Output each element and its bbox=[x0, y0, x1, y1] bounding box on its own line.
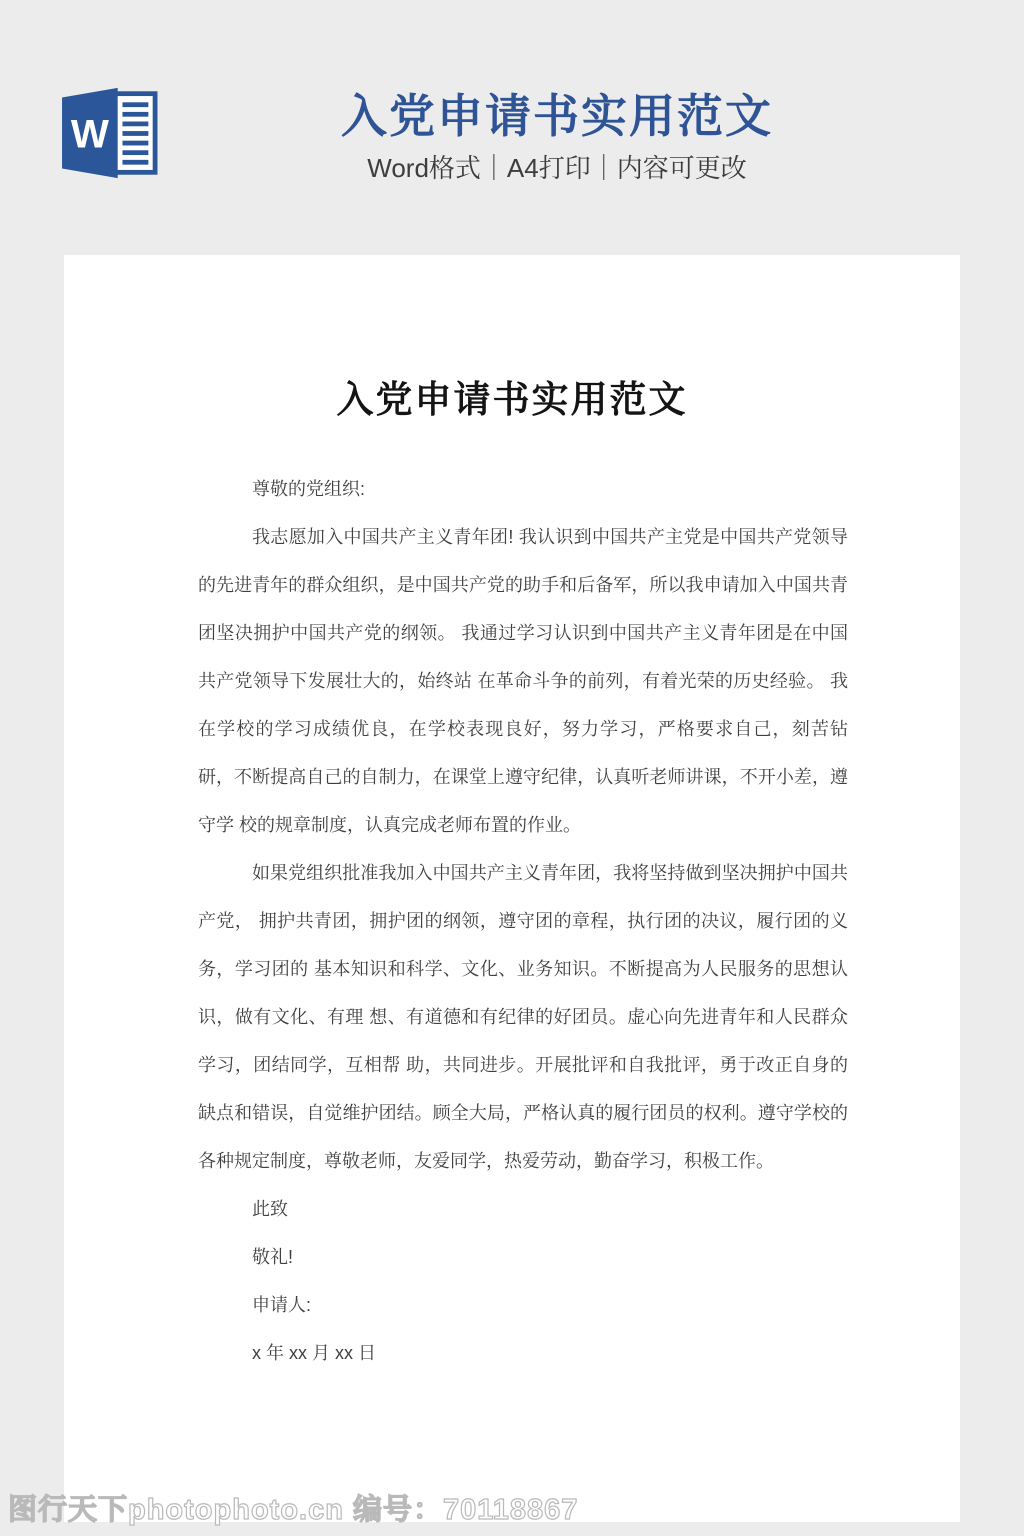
header-text-block: 入党申请书实用范文 Word格式｜A4打印｜内容可更改 bbox=[341, 90, 773, 184]
template-subtitle: Word格式｜A4打印｜内容可更改 bbox=[341, 152, 773, 184]
salutation-line: 尊敬的党组织: bbox=[198, 465, 848, 513]
template-title: 入党申请书实用范文 bbox=[341, 90, 773, 142]
body-paragraph: 如果党组织批准我加入中国共产主义青年团，我将坚持做到坚决拥护中国共产党， 拥护共… bbox=[198, 849, 848, 1185]
document-title: 入党申请书实用范文 bbox=[64, 377, 960, 425]
page-background: W 入党申请书实用范文 Word格式｜A4打印｜内容可更改 入党申请书实用范文 … bbox=[0, 0, 1024, 1536]
word-document-icon: W bbox=[62, 86, 158, 180]
closing-line-jingli: 敬礼! bbox=[198, 1233, 848, 1281]
closing-line-cizhi: 此致 bbox=[198, 1185, 848, 1233]
closing-line-applicant: 申请人: bbox=[198, 1281, 848, 1329]
template-header: W 入党申请书实用范文 Word格式｜A4打印｜内容可更改 bbox=[0, 0, 1024, 255]
site-watermark: 图行天下photophoto.cn 编号：70118867 bbox=[8, 1487, 578, 1528]
body-paragraph: 我志愿加入中国共产主义青年团! 我认识到中国共产主党是中国共产党领导的先进青年的… bbox=[198, 513, 848, 849]
document-body: 尊敬的党组织: 我志愿加入中国共产主义青年团! 我认识到中国共产主党是中国共产党… bbox=[198, 465, 848, 1377]
closing-line-date: x 年 xx 月 xx 日 bbox=[198, 1329, 848, 1377]
document-page: 入党申请书实用范文 尊敬的党组织: 我志愿加入中国共产主义青年团! 我认识到中国… bbox=[64, 255, 960, 1522]
word-icon-letter: W bbox=[71, 111, 109, 156]
